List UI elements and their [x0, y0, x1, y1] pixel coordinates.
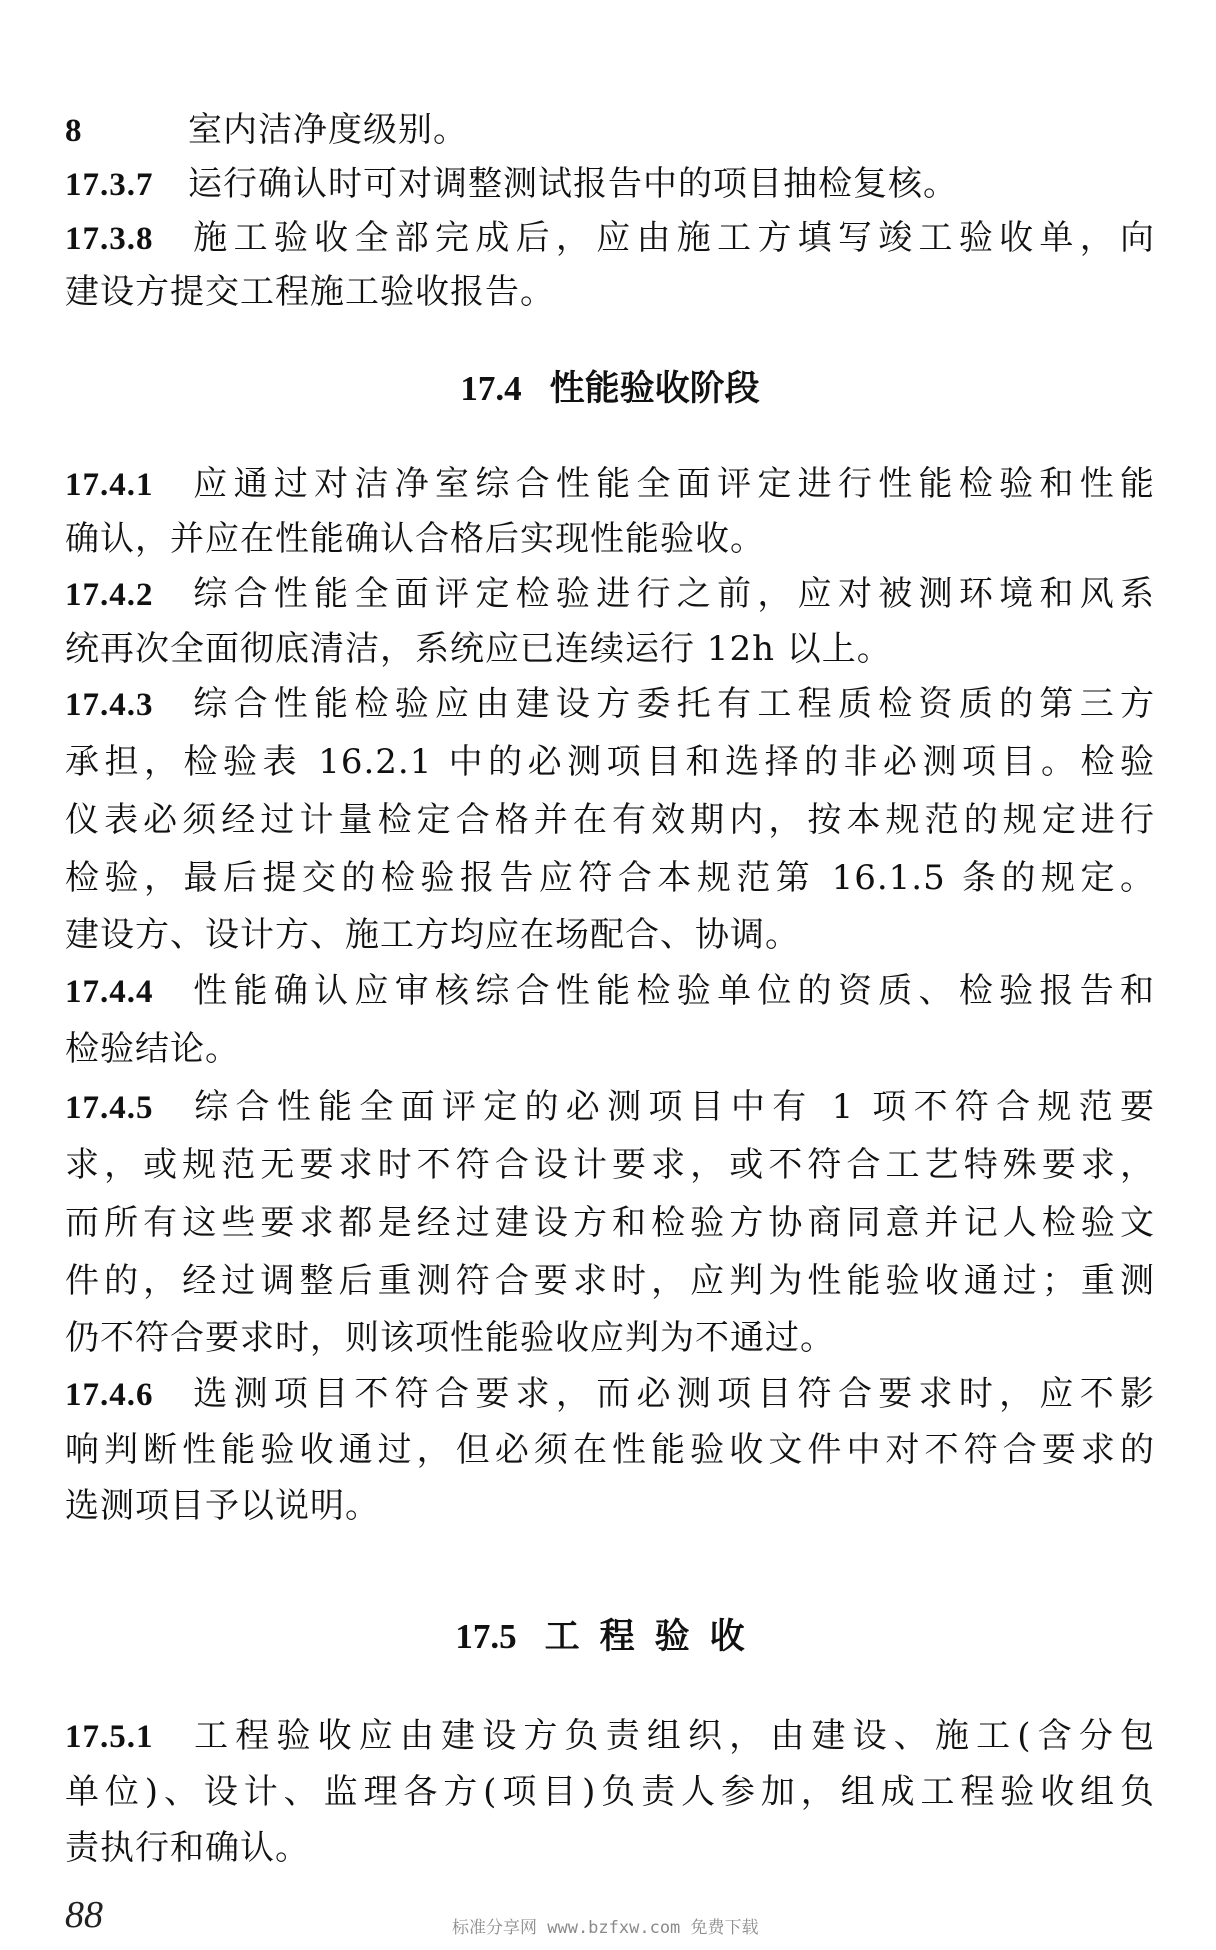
- section-title: 工程验收: [545, 1616, 765, 1657]
- clause-text: 选测项目不符合要求，而必测项目符合要求时，应不影: [188, 1374, 1155, 1414]
- clause-text: 承担，检验表 16.2.1 中的必测项目和选择的非必测项目。检验: [65, 742, 1155, 782]
- clause-text: 响判断性能验收通过，但必须在性能验收文件中对不符合要求的: [65, 1430, 1155, 1470]
- clause-continuation: 建设方提交工程施工验收报告。: [65, 263, 1155, 321]
- section-heading-17-4: 17.4性能验收阶段: [65, 360, 1155, 418]
- item-number: 8: [65, 102, 160, 160]
- clause-17-3-8: 17.3.8施工验收全部完成后，应由施工方填写竣工验收单，向: [65, 209, 1155, 267]
- clause-continuation: 承担，检验表 16.2.1 中的必测项目和选择的非必测项目。检验: [65, 733, 1155, 791]
- clause-continuation: 仪表必须经过计量检定合格并在有效期内，按本规范的规定进行: [65, 791, 1155, 849]
- clause-17-4-4: 17.4.4性能确认应审核综合性能检验单位的资质、检验报告和: [65, 962, 1155, 1020]
- clause-17-4-1: 17.4.1应通过对洁净室综合性能全面评定进行性能检验和性能: [65, 455, 1155, 513]
- clause-text: 工程验收应由建设方负责组织，由建设、施工(含分包: [188, 1716, 1155, 1756]
- clause-17-4-3: 17.4.3综合性能检验应由建设方委托有工程质检资质的第三方: [65, 675, 1155, 733]
- clause-text: 仍不符合要求时，则该项性能验收应判为不通过。: [65, 1318, 835, 1358]
- clause-text: 选测项目予以说明。: [65, 1486, 380, 1526]
- clause-number: 17.4.4: [65, 963, 188, 1021]
- clause-text: 建设方提交工程施工验收报告。: [65, 272, 555, 312]
- clause-text: 综合性能检验应由建设方委托有工程质检资质的第三方: [188, 684, 1155, 724]
- clause-text: 性能确认应审核综合性能检验单位的资质、检验报告和: [188, 971, 1155, 1011]
- page-number: 88: [65, 1893, 103, 1937]
- clause-number: 17.3.8: [65, 210, 188, 268]
- clause-text: 件的，经过调整后重测符合要求时，应判为性能验收通过；重测: [65, 1261, 1155, 1301]
- clause-number: 17.3.7: [65, 156, 188, 214]
- clause-continuation: 选测项目予以说明。: [65, 1477, 1155, 1535]
- clause-continuation: 而所有这些要求都是经过建设方和检验方协商同意并记人检验文: [65, 1194, 1155, 1252]
- clause-text: 综合性能全面评定的必测项目中有 1 项不符合规范要: [188, 1087, 1155, 1127]
- clause-text: 检验，最后提交的检验报告应符合本规范第 16.1.5 条的规定。: [65, 858, 1155, 898]
- clause-text: 仪表必须经过计量检定合格并在有效期内，按本规范的规定进行: [65, 800, 1155, 840]
- item-text: 室内洁净度级别。: [188, 110, 468, 150]
- clause-number: 17.4.6: [65, 1366, 188, 1424]
- clause-continuation: 检验，最后提交的检验报告应符合本规范第 16.1.5 条的规定。: [65, 849, 1155, 907]
- clause-number: 17.5.1: [65, 1708, 188, 1766]
- clause-continuation: 检验结论。: [65, 1020, 1155, 1078]
- clause-continuation: 仍不符合要求时，则该项性能验收应判为不通过。: [65, 1309, 1155, 1367]
- list-item-8: 8室内洁净度级别。: [65, 101, 1155, 159]
- clause-text: 求，或规范无要求时不符合设计要求，或不符合工艺特殊要求，: [65, 1145, 1155, 1185]
- clause-text: 责执行和确认。: [65, 1828, 310, 1868]
- clause-continuation: 责执行和确认。: [65, 1819, 1155, 1877]
- clause-17-3-7: 17.3.7运行确认时可对调整测试报告中的项目抽检复核。: [65, 155, 1155, 213]
- clause-continuation: 建设方、设计方、施工方均应在场配合、协调。: [65, 906, 1155, 964]
- clause-continuation: 统再次全面彻底清洁，系统应已连续运行 12h 以上。: [65, 620, 1155, 678]
- clause-number: 17.4.2: [65, 566, 188, 624]
- clause-number: 17.4.1: [65, 456, 188, 514]
- clause-continuation: 求，或规范无要求时不符合设计要求，或不符合工艺特殊要求，: [65, 1136, 1155, 1194]
- clause-17-4-2: 17.4.2综合性能全面评定检验进行之前，应对被测环境和风系: [65, 565, 1155, 623]
- clause-17-4-5: 17.4.5综合性能全面评定的必测项目中有 1 项不符合规范要: [65, 1078, 1155, 1136]
- clause-continuation: 响判断性能验收通过，但必须在性能验收文件中对不符合要求的: [65, 1421, 1155, 1479]
- clause-continuation: 件的，经过调整后重测符合要求时，应判为性能验收通过；重测: [65, 1252, 1155, 1310]
- watermark-text: 标准分享网 www.bzfxw.com 免费下载: [452, 1913, 759, 1938]
- clause-17-4-6: 17.4.6选测项目不符合要求，而必测项目符合要求时，应不影: [65, 1365, 1155, 1423]
- clause-text: 综合性能全面评定检验进行之前，应对被测环境和风系: [188, 574, 1155, 614]
- clause-continuation: 确认，并应在性能确认合格后实现性能验收。: [65, 510, 1155, 568]
- clause-text: 确认，并应在性能确认合格后实现性能验收。: [65, 519, 765, 559]
- clause-text: 应通过对洁净室综合性能全面评定进行性能检验和性能: [188, 464, 1155, 504]
- clause-number: 17.4.5: [65, 1079, 188, 1137]
- clause-number: 17.4.3: [65, 676, 188, 734]
- clause-text: 施工验收全部完成后，应由施工方填写竣工验收单，向: [188, 218, 1155, 258]
- section-title: 性能验收阶段: [550, 368, 760, 409]
- clause-text: 运行确认时可对调整测试报告中的项目抽检复核。: [188, 164, 958, 204]
- section-number: 17.4: [460, 369, 521, 408]
- clause-text: 检验结论。: [65, 1029, 240, 1069]
- clause-17-5-1: 17.5.1工程验收应由建设方负责组织，由建设、施工(含分包: [65, 1707, 1155, 1765]
- clause-continuation: 单位)、设计、监理各方(项目)负责人参加，组成工程验收组负: [65, 1763, 1155, 1821]
- section-number: 17.5: [455, 1617, 516, 1656]
- clause-text: 建设方、设计方、施工方均应在场配合、协调。: [65, 915, 800, 955]
- clause-text: 单位)、设计、监理各方(项目)负责人参加，组成工程验收组负: [65, 1772, 1155, 1812]
- clause-text: 统再次全面彻底清洁，系统应已连续运行 12h 以上。: [65, 629, 892, 669]
- section-heading-17-5: 17.5工程验收: [65, 1608, 1155, 1666]
- clause-text: 而所有这些要求都是经过建设方和检验方协商同意并记人检验文: [65, 1203, 1155, 1243]
